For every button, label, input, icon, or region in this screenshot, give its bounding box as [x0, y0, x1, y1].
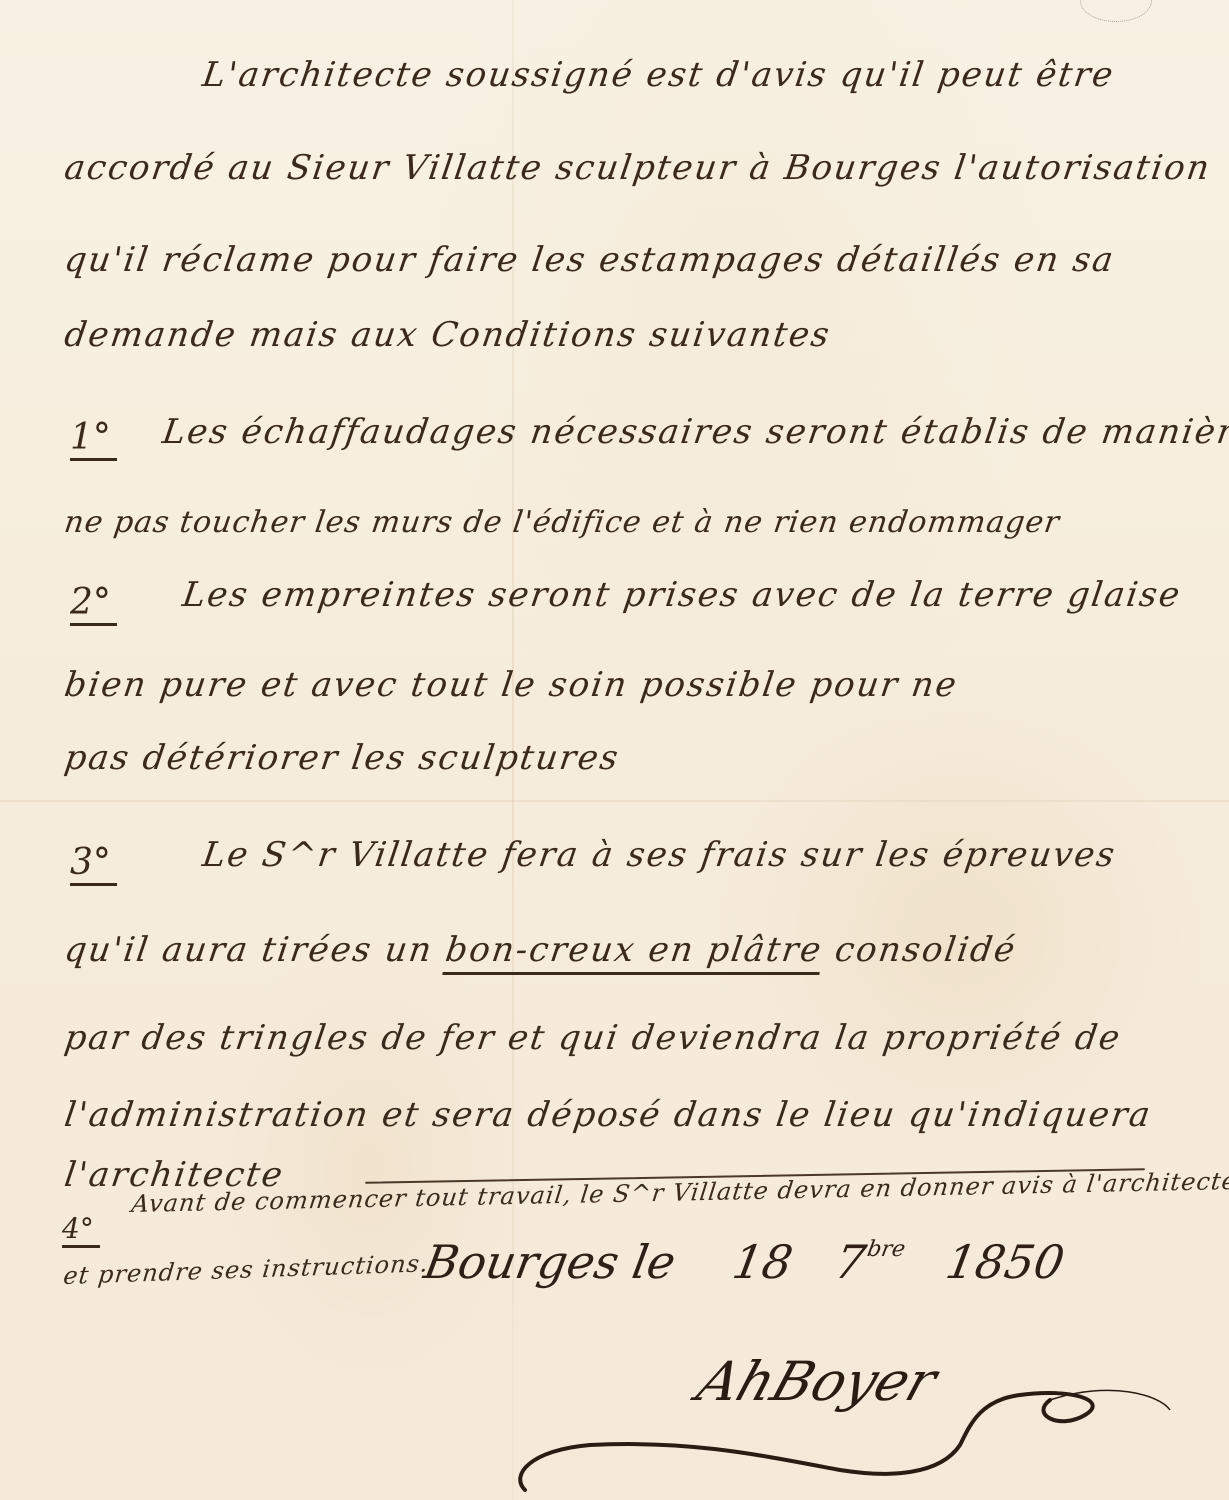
item1-line-2: ne pas toucher les murs de l'édifice et …: [62, 505, 1062, 540]
item-number-1: 1°: [70, 420, 117, 461]
date-year: 1850: [942, 1235, 1069, 1289]
item3-line-2-start: qu'il aura tirées un: [62, 930, 436, 970]
date-month-suffix: bre: [865, 1237, 907, 1262]
item3-line-4: l'administration et sera déposé dans le …: [62, 1095, 1154, 1135]
fold-crease-horizontal: [0, 800, 1229, 802]
item2-line-1: Les empreintes seront prises avec de la …: [180, 575, 1184, 615]
intro-line-3: qu'il réclame pour faire les estampages …: [62, 240, 1118, 280]
item2-line-2: bien pure et avec tout le soin possible …: [62, 665, 961, 705]
intro-line-1: L'architecte soussigné est d'avis qu'il …: [200, 55, 1117, 95]
place: Bourges le: [420, 1235, 679, 1289]
underlined-phrase: bon-creux en plâtre: [442, 930, 825, 975]
item-number-3: 3°: [70, 845, 117, 886]
place-date: Bourges le 18 7bre 1850: [420, 1235, 1068, 1289]
item3-line-1: Le S^r Villatte fera à ses frais sur les…: [200, 835, 1119, 875]
date-day: 18: [729, 1235, 797, 1289]
item3-line-2-end: consolidé: [832, 930, 1019, 970]
item-number-4: 4°: [62, 1215, 100, 1248]
item1-line-1: Les échaffaudages nécessaires seront éta…: [160, 412, 1229, 452]
date-month: 7: [831, 1235, 870, 1289]
item2-line-3: pas détériorer les sculptures: [62, 738, 622, 778]
item3-line-2: qu'il aura tirées un bon-creux en plâtre…: [62, 930, 1019, 970]
signature-flourish: [510, 1360, 1210, 1500]
intro-line-4: demande mais aux Conditions suivantes: [62, 315, 833, 355]
intro-line-2: accordé au Sieur Villatte sculpteur à Bo…: [62, 148, 1214, 188]
item3-line-3: par des tringles de fer et qui deviendra…: [62, 1018, 1124, 1058]
item-number-2: 2°: [70, 585, 117, 626]
